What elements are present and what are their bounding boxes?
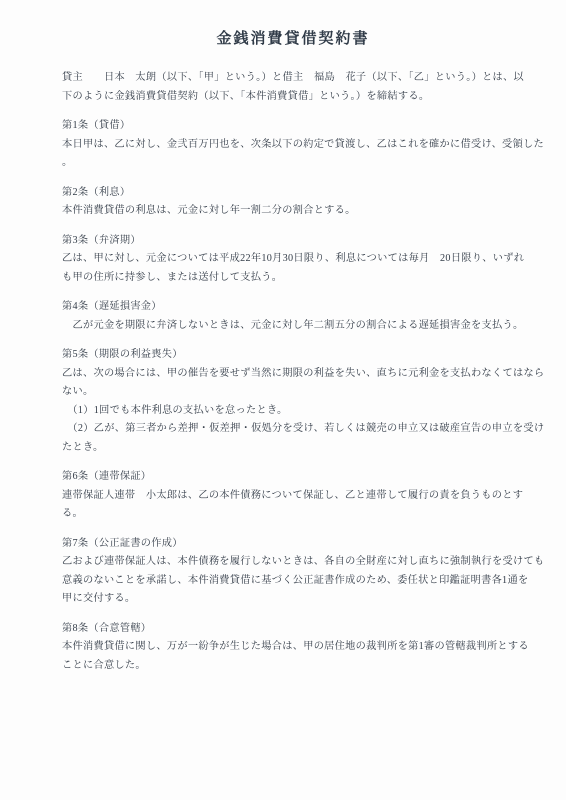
article-5-item-1: （1）1回でも本件利息の支払いを怠ったとき。 [62,402,524,421]
article-8-heading: 第8条（合意管轄） [62,620,524,639]
article-5-heading: 第5条（期限の利益喪失） [62,346,524,365]
document-title: 金銭消費貸借契約書 [62,30,524,49]
article-4: 第4条（遅延損害金） 乙が元金を期限に弁済しないときは、元金に対し年二割五分の割… [62,298,524,335]
article-5-item-2: （2）乙が、第三者から差押・仮差押・仮処分を受け、若しくは競売の申立又は破産宣告… [62,420,524,457]
contract-preamble: 貸主 日本 太朗（以下、「甲」という。）と借主 福島 花子（以下、「乙」という。… [62,69,524,106]
article-3: 第3条（弁済期） 乙は、甲に対し、元金については平成22年10月30日限り、利息… [62,232,524,288]
article-8-text: 本件消費貸借に関し、万が一紛争が生じた場合は、甲の居住地の裁判所を第1審の管轄裁… [62,638,524,675]
article-3-text: 乙は、甲に対し、元金については平成22年10月30日限り、利息については毎月 2… [62,250,524,287]
article-2-text: 本件消費貸借の利息は、元金に対し年一割二分の割合とする。 [62,202,524,221]
article-4-heading: 第4条（遅延損害金） [62,298,524,317]
article-7-heading: 第7条（公正証書の作成） [62,535,524,554]
article-1: 第1条（貸借） 本日甲は、乙に対し、金弐百万円也を、次条以下の約定で貸渡し、乙は… [62,117,524,173]
article-6: 第6条（連帯保証） 連帯保証人連帯 小太郎は、乙の本件債務について保証し、乙と連… [62,468,524,524]
article-1-text: 本日甲は、乙に対し、金弐百万円也を、次条以下の約定で貸渡し、乙はこれを確かに借受… [62,136,524,173]
article-2-heading: 第2条（利息） [62,184,524,203]
article-5-text: 乙は、次の場合には、甲の催告を要せず当然に期限の利益を失い、直ちに元利金を支払わ… [62,365,524,402]
article-5: 第5条（期限の利益喪失） 乙は、次の場合には、甲の催告を要せず当然に期限の利益を… [62,346,524,457]
article-6-heading: 第6条（連帯保証） [62,468,524,487]
article-8: 第8条（合意管轄） 本件消費貸借に関し、万が一紛争が生じた場合は、甲の居住地の裁… [62,620,524,676]
article-1-heading: 第1条（貸借） [62,117,524,136]
article-6-text: 連帯保証人連帯 小太郎は、乙の本件債務について保証し、乙と連帯して履行の責を負う… [62,487,524,524]
article-2: 第2条（利息） 本件消費貸借の利息は、元金に対し年一割二分の割合とする。 [62,184,524,221]
article-4-text: 乙が元金を期限に弁済しないときは、元金に対し年二割五分の割合による遅延損害金を支… [62,317,524,336]
article-7-text: 乙および連帯保証人は、本件債務を履行しないときは、各自の全財産に対し直ちに強制執… [62,553,524,609]
article-3-heading: 第3条（弁済期） [62,232,524,251]
article-7: 第7条（公正証書の作成） 乙および連帯保証人は、本件債務を履行しないときは、各自… [62,535,524,609]
contract-document-page: 金銭消費貸借契約書 貸主 日本 太朗（以下、「甲」という。）と借主 福島 花子（… [0,0,566,800]
